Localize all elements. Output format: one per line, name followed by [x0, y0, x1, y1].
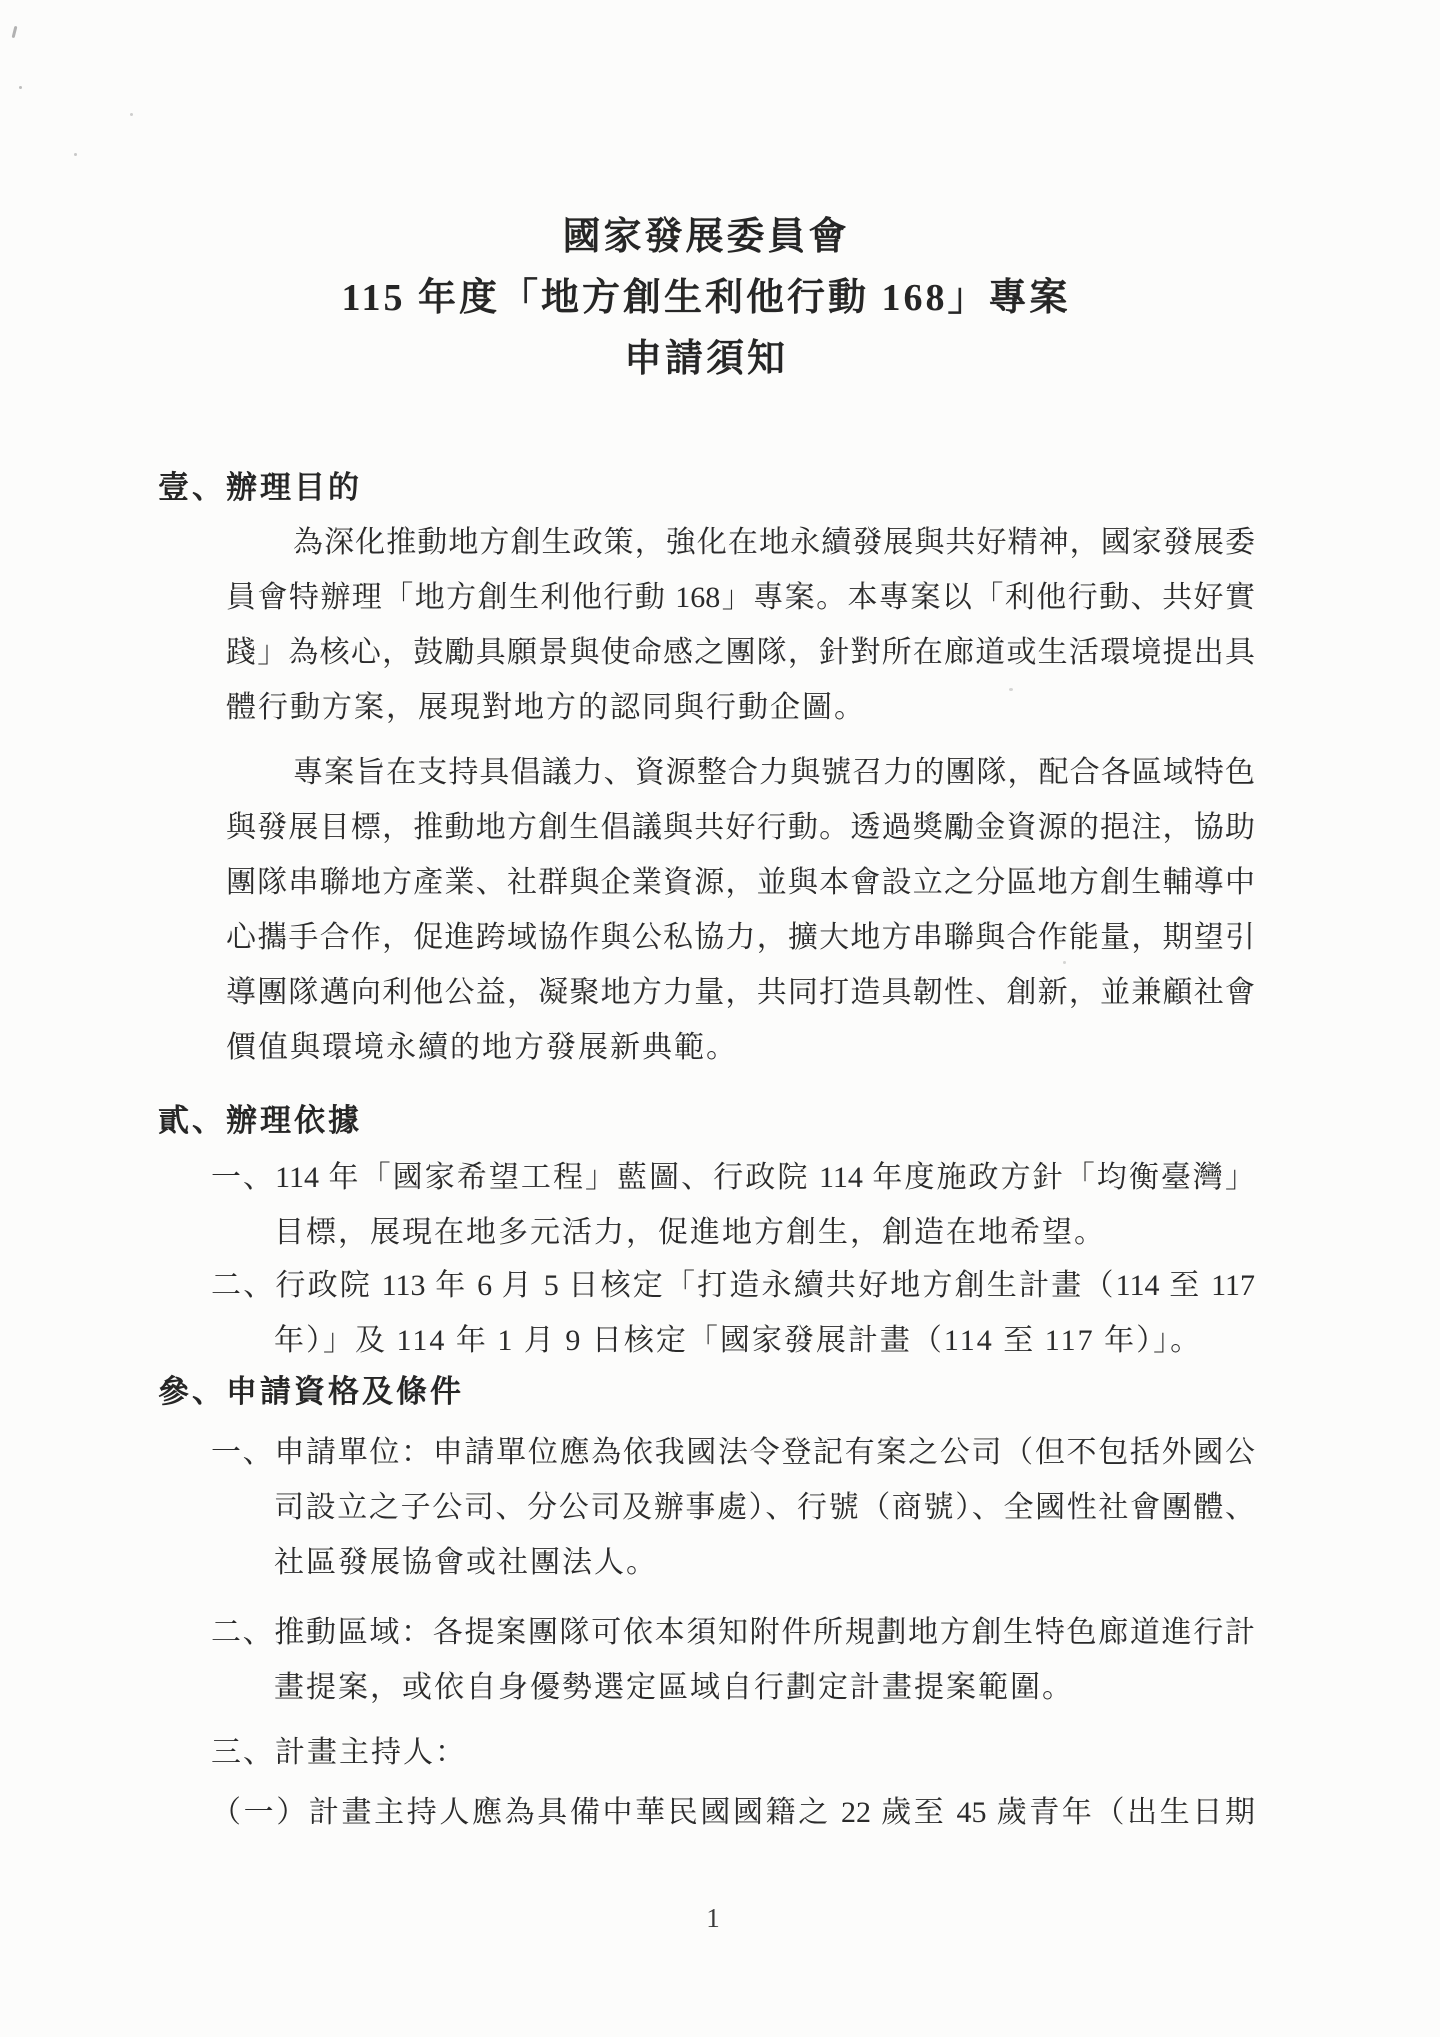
list-item-line: 二、推動區域：各提案團隊可依本須知附件所規劃地方創生特色廊道進行計	[211, 1607, 1255, 1651]
sub-item-line: （一）計畫主持人應為具備中華民國國籍之 22 歲至 45 歲青年（出生日期	[211, 1787, 1255, 1831]
section-3-heading: 參、申請資格及條件	[158, 1366, 464, 1411]
list-item-line: 二、行政院 113 年 6 月 5 日核定「打造永續共好地方創生計畫（114 至…	[211, 1260, 1255, 1304]
list-item-line: 一、114 年「國家希望工程」藍圖、行政院 114 年度施政方針「均衡臺灣」	[211, 1152, 1255, 1196]
scan-speck	[19, 86, 22, 89]
list-item-line: 目標，展現在地多元活力，促進地方創生，創造在地希望。	[274, 1207, 1255, 1251]
paragraph-line: 專案旨在支持具倡議力、資源整合力與號召力的團隊，配合各區域特色	[293, 747, 1255, 791]
list-item-line: 司設立之子公司、分公司及辦事處）、行號（商號）、全國性社會團體、	[274, 1482, 1255, 1526]
list-item-line: 三、計畫主持人：	[211, 1727, 1255, 1771]
title-line-notice: 申請須知	[0, 327, 1412, 382]
title-line-agency: 國家發展委員會	[0, 205, 1412, 260]
paragraph-line: 導團隊邁向利他公益，凝聚地方力量，共同打造具韌性、創新，並兼顧社會	[226, 967, 1255, 1011]
scan-speck	[12, 26, 18, 38]
paragraph-line: 價值與環境永續的地方發展新典範。	[226, 1022, 1255, 1066]
paragraph-line: 與發展目標，推動地方創生倡議與共好行動。透過獎勵金資源的挹注，協助	[226, 802, 1255, 846]
scan-speck	[1063, 961, 1066, 964]
section-2-heading: 貳、辦理依據	[158, 1095, 362, 1140]
page-number: 1	[0, 1903, 1426, 1934]
paragraph-line: 團隊串聯地方產業、社群與企業資源，並與本會設立之分區地方創生輔導中	[226, 857, 1255, 901]
list-item-line: 年）」及 114 年 1 月 9 日核定「國家發展計畫（114 至 117 年）…	[274, 1315, 1255, 1359]
paragraph-line: 踐」為核心，鼓勵具願景與使命感之團隊，針對所在廊道或生活環境提出具	[226, 627, 1255, 671]
list-item-line: 一、申請單位：申請單位應為依我國法令登記有案之公司（但不包括外國公	[211, 1427, 1255, 1471]
document-page: 國家發展委員會 115 年度「地方創生利他行動 168」專案 申請須知 壹、辦理…	[0, 0, 1440, 2037]
scan-speck	[130, 113, 133, 116]
paragraph-line: 為深化推動地方創生政策，強化在地永續發展與共好精神，國家發展委	[293, 517, 1255, 561]
paragraph-line: 體行動方案，展現對地方的認同與行動企圖。	[226, 682, 1255, 726]
section-1-heading: 壹、辦理目的	[158, 462, 362, 507]
scan-speck	[74, 153, 77, 156]
list-item-line: 畫提案，或依自身優勢選定區域自行劃定計畫提案範圍。	[274, 1662, 1255, 1706]
paragraph-line: 心攜手合作，促進跨域協作與公私協力，擴大地方串聯與合作能量，期望引	[226, 912, 1255, 956]
paragraph-line: 員會特辦理「地方創生利他行動 168」專案。本專案以「利他行動、共好實	[226, 572, 1255, 616]
title-line-project: 115 年度「地方創生利他行動 168」專案	[0, 266, 1412, 321]
list-item-line: 社區發展協會或社團法人。	[274, 1537, 1255, 1581]
